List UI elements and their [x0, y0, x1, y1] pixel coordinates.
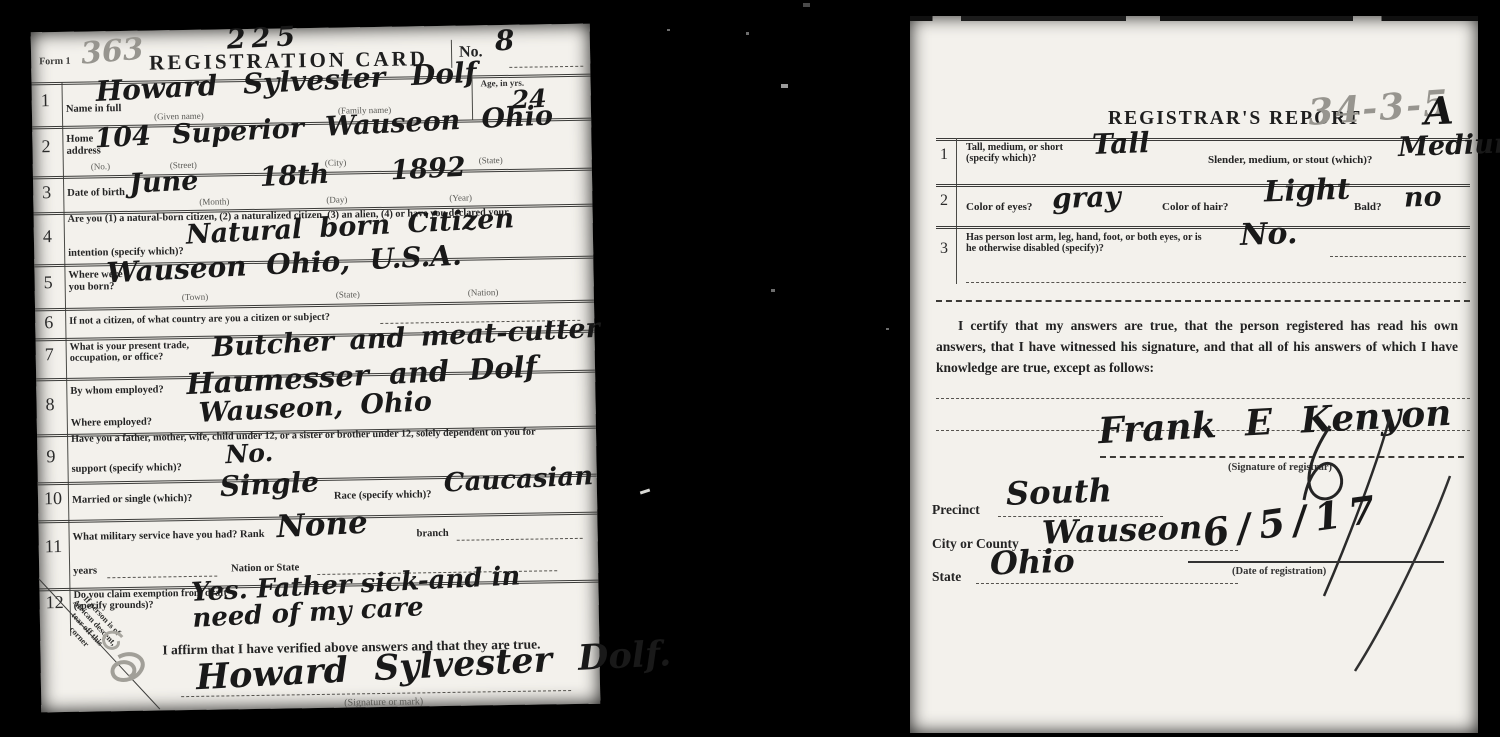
answer-race: Caucasian: [443, 463, 594, 497]
row-number: 7: [45, 344, 54, 365]
caption-no: (No.): [91, 161, 110, 171]
leader-line: [1330, 256, 1466, 257]
caption-day: (Day): [326, 194, 347, 204]
question-bald: Bald?: [1354, 201, 1382, 213]
row-number: 2: [940, 192, 948, 210]
caption-nation: (Nation): [468, 287, 499, 297]
scan-speck: [746, 32, 749, 35]
question-years: years: [73, 565, 97, 577]
stamp-letter: A: [1423, 91, 1454, 130]
answer-dependents: No.: [225, 440, 274, 467]
scan-speck: [803, 3, 810, 7]
scan-speck: [771, 289, 775, 292]
question-branch: branch: [417, 528, 449, 540]
answer-military-rank: None: [276, 508, 369, 544]
row-number: 8: [45, 394, 54, 415]
number-column-rule: [956, 138, 957, 284]
section-rule: [936, 300, 1470, 302]
question-not-citizen: If not a citizen, of what country are yo…: [69, 312, 330, 328]
rule: [936, 138, 1470, 141]
scan-speck: [640, 489, 650, 495]
answer-disabled: No.: [1239, 219, 1297, 251]
caption-month: (Month): [199, 196, 229, 206]
leader-line: [509, 66, 583, 68]
question-married-single: Married or single (which)?: [72, 493, 192, 507]
precinct-value: South: [1005, 474, 1112, 510]
registrars-report-card: REGISTRAR'S REPORT 34-3-5 A 1 Tall, medi…: [910, 16, 1478, 733]
row-number: 10: [44, 488, 62, 509]
question-hair-color: Color of hair?: [1162, 201, 1228, 213]
row-number: 1: [41, 90, 50, 111]
caption-state: (State): [336, 289, 360, 299]
precinct-label: Precinct: [932, 502, 980, 517]
leader-line: [976, 583, 1238, 584]
row-number: 6: [44, 312, 53, 333]
row-number: 9: [46, 446, 55, 467]
registration-date-caption: (Date of registration): [1232, 566, 1326, 577]
question-height: Tall, medium, or short (specify which)?: [966, 142, 1088, 165]
row-number: 3: [940, 240, 948, 258]
pen-flourish: [1240, 416, 1470, 676]
question-disabled: Has person lost arm, leg, hand, foot, or…: [966, 232, 1214, 255]
rule: [936, 226, 1470, 229]
scan-speck: [667, 29, 670, 31]
state-label: State: [932, 569, 961, 584]
torn-top-edge: [910, 16, 1478, 21]
leader-line: [966, 282, 1466, 283]
question-eye-color: Color of eyes?: [966, 201, 1032, 213]
caption-year: (Year): [449, 193, 472, 203]
answer-bald: no: [1404, 183, 1443, 211]
pencil-serial-number: 363: [80, 35, 145, 70]
registration-card: Form 1 363 225 REGISTRATION CARD No. 8 1…: [31, 24, 601, 713]
scan-speck: [886, 328, 889, 330]
signature-caption: (Signature or mark): [344, 696, 423, 708]
row-number: 5: [43, 272, 52, 293]
certification-text: I certify that my answers are true, that…: [936, 316, 1458, 379]
question-trade: What is your present trade, occupation, …: [70, 340, 208, 365]
pencil-scribble: [88, 622, 169, 707]
rule: [936, 184, 1470, 187]
no-value: 8: [494, 27, 515, 56]
question-race: Race (specify which)?: [334, 489, 432, 502]
question-military-rank: What military service have you had? Rank: [73, 529, 265, 544]
question-date-of-birth: Date of birth: [67, 187, 125, 200]
question-build: Slender, medium, or stout (which)?: [1208, 154, 1372, 166]
state-value: Ohio: [989, 545, 1075, 580]
form-number-label: Form 1: [39, 56, 71, 68]
row-number: 11: [45, 536, 63, 557]
answer-height: Tall: [1092, 129, 1151, 159]
row-employer: 8 By whom employed? Haumesser and Dolf W…: [36, 370, 596, 435]
answer-married-single: Single: [219, 468, 320, 501]
answer-hair-color: Light: [1264, 175, 1351, 207]
row-number: 3: [42, 182, 51, 203]
question-by-whom-employed: By whom employed?: [70, 384, 164, 397]
answer-build: Medium: [1398, 130, 1500, 161]
leader-line: [457, 538, 583, 541]
question-dependents-line2: support (specify which)?: [71, 462, 181, 475]
date-line: [1188, 561, 1444, 563]
scan-speck: [781, 84, 788, 88]
caption-state: (State): [479, 155, 503, 165]
row-number: 1: [940, 146, 948, 164]
row-number: 2: [41, 136, 50, 157]
caption-town: (Town): [182, 292, 209, 302]
answer-eye-color: gray: [1052, 183, 1122, 213]
question-where-employed: Where employed?: [71, 417, 152, 430]
scanned-document-background: Form 1 363 225 REGISTRATION CARD No. 8 1…: [0, 0, 1500, 737]
row-number: 4: [43, 226, 52, 247]
